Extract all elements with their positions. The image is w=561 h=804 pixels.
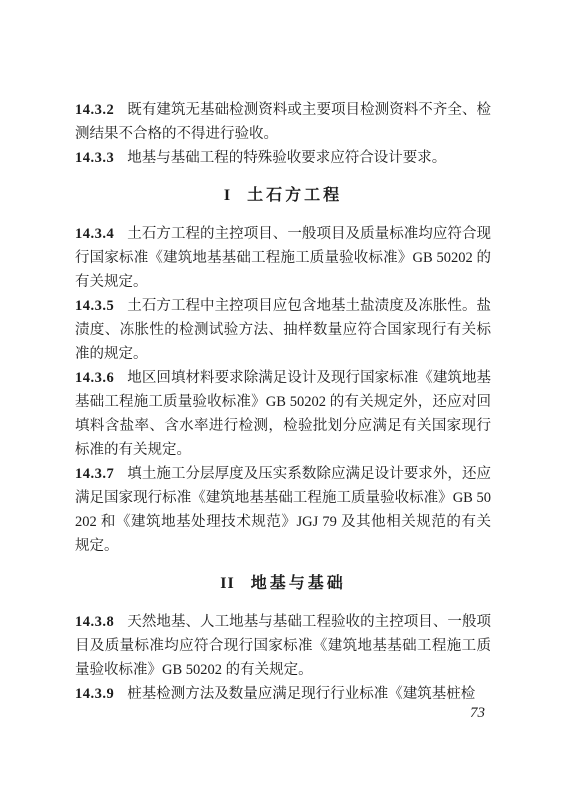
clause-14-3-6: 14.3.6地区回填材料要求除满足设计及现行国家标准《建筑地基基础工程施工质量验… bbox=[75, 366, 491, 462]
section-title: 地基与基础 bbox=[251, 575, 346, 592]
clause-number: 14.3.5 bbox=[75, 298, 114, 314]
section-numeral: I bbox=[224, 187, 231, 204]
clause-14-3-7: 14.3.7填土施工分层厚度及压实系数除应满足设计要求外，还应满足国家现行标准《… bbox=[75, 462, 491, 558]
clause-14-3-4: 14.3.4土石方工程的主控项目、一般项目及质量标准均应符合现行国家标准《建筑地… bbox=[75, 222, 491, 294]
clause-number: 14.3.4 bbox=[75, 226, 114, 242]
page-content: 14.3.2既有建筑无基础检测资料或主要项目检测资料不齐全、检测结果不合格的不得… bbox=[75, 98, 491, 706]
clause-text: 地区回填材料要求除满足设计及现行国家标准《建筑地基基础工程施工质量验收标准》GB… bbox=[75, 370, 491, 458]
clause-14-3-8: 14.3.8天然地基、人工地基与基础工程验收的主控项目、一般项目及质量标准均应符… bbox=[75, 610, 491, 682]
clause-text: 桩基检测方法及数量应满足现行行业标准《建筑基桩检 bbox=[127, 686, 475, 702]
clause-number: 14.3.9 bbox=[75, 686, 114, 702]
clause-text: 土石方工程中主控项目应包含地基土盐渍度及冻胀性。盐渍度、冻胀性的检测试验方法、抽… bbox=[75, 298, 491, 362]
clause-number: 14.3.2 bbox=[75, 102, 114, 118]
clause-number: 14.3.8 bbox=[75, 614, 114, 630]
clause-text: 填土施工分层厚度及压实系数除应满足设计要求外，还应满足国家现行标准《建筑地基基础… bbox=[75, 466, 491, 554]
clause-text: 地基与基础工程的特殊验收要求应符合设计要求。 bbox=[127, 150, 446, 166]
clause-number: 14.3.6 bbox=[75, 370, 114, 386]
clause-number: 14.3.7 bbox=[75, 466, 114, 482]
clause-14-3-2: 14.3.2既有建筑无基础检测资料或主要项目检测资料不齐全、检测结果不合格的不得… bbox=[75, 98, 491, 146]
section-title: 土石方工程 bbox=[247, 187, 342, 204]
clause-text: 土石方工程的主控项目、一般项目及质量标准均应符合现行国家标准《建筑地基基础工程施… bbox=[75, 226, 491, 290]
clause-number: 14.3.3 bbox=[75, 150, 114, 166]
section-heading-foundation: II地基与基础 bbox=[75, 572, 491, 596]
section-heading-earthwork: I土石方工程 bbox=[75, 184, 491, 208]
clause-14-3-9: 14.3.9桩基检测方法及数量应满足现行行业标准《建筑基桩检 bbox=[75, 682, 491, 706]
page-number: 73 bbox=[470, 702, 485, 724]
clause-text: 既有建筑无基础检测资料或主要项目检测资料不齐全、检测结果不合格的不得进行验收。 bbox=[75, 102, 491, 142]
clause-14-3-5: 14.3.5土石方工程中主控项目应包含地基土盐渍度及冻胀性。盐渍度、冻胀性的检测… bbox=[75, 294, 491, 366]
clause-14-3-3: 14.3.3地基与基础工程的特殊验收要求应符合设计要求。 bbox=[75, 146, 491, 170]
section-numeral: II bbox=[220, 575, 234, 592]
clause-text: 天然地基、人工地基与基础工程验收的主控项目、一般项目及质量标准均应符合现行国家标… bbox=[75, 614, 491, 678]
